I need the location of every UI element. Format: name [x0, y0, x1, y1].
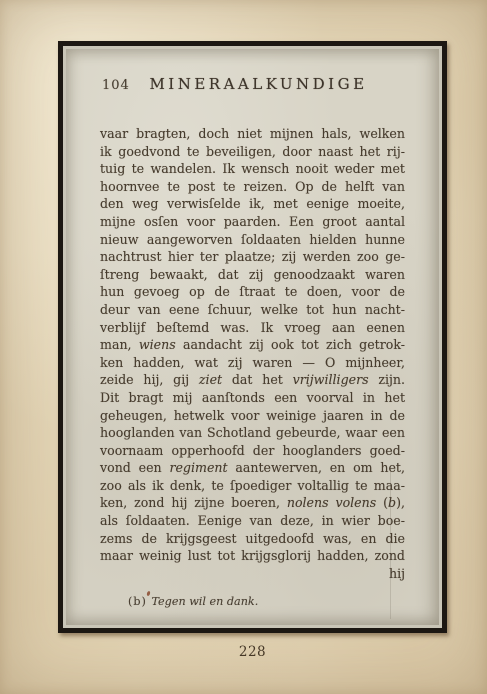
text-segment: deur van eene ſchuur, welke tot hun nach… [100, 302, 405, 317]
text-segment: verblijf beſtemd was. Ik vroeg aan eenen [100, 320, 405, 335]
text-line: vond een regiment aantewerven, en om het… [100, 459, 405, 477]
text-line: geheugen, hetwelk voor weinige jaaren in… [100, 407, 405, 425]
text-line: voornaam opperhoofd der hooglanders goed… [100, 442, 405, 460]
scan-page-number: 104 [102, 78, 130, 93]
parchment-page: { "document": { "outer_page_number": "22… [0, 0, 487, 694]
text-segment: zeide hij, gij [100, 372, 199, 387]
text-line: nieuw aangeworven ſoldaaten hielden hunn… [100, 231, 405, 249]
outer-page-number: 228 [58, 644, 447, 660]
text-line: ken, zond hij zijne boeren, nolens volen… [100, 494, 405, 512]
text-line: zems de krijgsgeest uitgedoofd was, en d… [100, 530, 405, 548]
text-segment: ken, zond hij zijne boeren, [100, 495, 287, 510]
text-line: man, wiens aandacht zij ook tot zich get… [100, 336, 405, 354]
text-line: ken hadden, wat zij waren — O mijnheer, [100, 354, 405, 372]
text-line: Dit bragt mij aanſtonds een voorval in h… [100, 389, 405, 407]
italic-text-segment: nolens volens [287, 495, 376, 510]
text-segment: aandacht zij ook tot zich getrok- [176, 337, 405, 352]
text-line: deur van eene ſchuur, welke tot hun nach… [100, 301, 405, 319]
text-segment: maar weinig lust tot krijgsglorij hadden… [100, 548, 405, 563]
text-line: mijne osſen voor paarden. Een groot aant… [100, 213, 405, 231]
text-line: hoornvee te post te reizen. Op de helft … [100, 178, 405, 196]
running-header: 104 MINERAALKUNDIGE [100, 75, 405, 97]
footnote-text: Tegen wil en dank. [151, 595, 258, 608]
text-segment: nieuw aangeworven ſoldaaten hielden hunn… [100, 232, 405, 247]
text-segment: als ſoldaaten. Eenige van deze, in wier … [100, 513, 405, 528]
text-segment: zijn. [369, 372, 405, 387]
page-content: 104 MINERAALKUNDIGE vaar bragten, doch n… [100, 75, 405, 97]
text-segment: vond een [100, 460, 169, 475]
text-segment: geheugen, hetwelk voor weinige jaaren in… [100, 408, 405, 423]
text-segment: dat het [222, 372, 293, 387]
text-segment: man, [100, 337, 139, 352]
text-segment: hun gevoeg op de ſtraat te doen, voor de [100, 284, 405, 299]
scanned-book-page: 104 MINERAALKUNDIGE vaar bragten, doch n… [66, 49, 439, 625]
text-segment: hoornvee te post te reizen. Op de helft … [100, 179, 405, 194]
text-line: als ſoldaaten. Eenige van deze, in wier … [100, 512, 405, 530]
text-segment: voornaam opperhoofd der hooglanders goed… [100, 443, 405, 458]
text-segment: ( [376, 495, 388, 510]
text-line: zeide hij, gij ziet dat het vrijwilliger… [100, 371, 405, 389]
italic-text-segment: b [388, 495, 396, 510]
italic-text-segment: wiens [139, 337, 176, 352]
text-segment: den weg verwisſelde ik, met eenige moeit… [100, 196, 405, 211]
text-line: verblijf beſtemd was. Ik vroeg aan eenen [100, 319, 405, 337]
text-line: maar weinig lust tot krijgsglorij hadden… [100, 547, 405, 565]
text-line: zoo als ik denk, te ſpoediger voltallig … [100, 477, 405, 495]
double-rule-frame: 104 MINERAALKUNDIGE vaar bragten, doch n… [58, 41, 447, 633]
text-segment: ſtreng bewaakt, dat zij genoodzaakt ware… [100, 267, 405, 282]
text-line: hooglanden van Schotland gebeurde, waar … [100, 424, 405, 442]
text-segment: zems de krijgsgeest uitgedoofd was, en d… [100, 531, 405, 546]
text-line: den weg verwisſelde ik, met eenige moeit… [100, 195, 405, 213]
running-title: MINERAALKUNDIGE [100, 75, 405, 93]
text-segment: ken hadden, wat zij waren — O mijnheer, [100, 355, 405, 370]
text-segment: mijne osſen voor paarden. Een groot aant… [100, 214, 405, 229]
text-line: ſtreng bewaakt, dat zij genoodzaakt ware… [100, 266, 405, 284]
footnote: (b) Tegen wil en dank. [100, 595, 405, 608]
text-segment: ), [396, 495, 405, 510]
italic-text-segment: ziet [199, 372, 222, 387]
text-segment: Dit bragt mij aanſtonds een voorval in h… [100, 390, 405, 405]
text-segment: vaar bragten, doch niet mijnen hals, wel… [100, 126, 405, 141]
text-line: hun gevoeg op de ſtraat te doen, voor de [100, 283, 405, 301]
text-segment: tuig te wandelen. Ik wensch nooit weder … [100, 161, 405, 176]
text-segment: aantewerven, en om het, [228, 460, 405, 475]
italic-text-segment: regiment [169, 460, 227, 475]
text-line: nachtrust hier ter plaatze; zij werden z… [100, 248, 405, 266]
text-segment: nachtrust hier ter plaatze; zij werden z… [100, 249, 405, 264]
text-segment: hooglanden van Schotland gebeurde, waar … [100, 425, 405, 440]
text-segment: ik goedvond te beveiligen, door naast he… [100, 144, 405, 159]
text-segment: zoo als ik denk, te ſpoediger voltallig … [100, 478, 405, 493]
text-line: ik goedvond te beveiligen, door naast he… [100, 143, 405, 161]
italic-text-segment: vrijwilligers [293, 372, 369, 387]
catchword: hij [100, 565, 405, 583]
text-line: vaar bragten, doch niet mijnen hals, wel… [100, 125, 405, 143]
footnote-marker: (b) [128, 595, 151, 608]
page-body-text: vaar bragten, doch niet mijnen hals, wel… [100, 125, 405, 608]
text-line: tuig te wandelen. Ik wensch nooit weder … [100, 160, 405, 178]
